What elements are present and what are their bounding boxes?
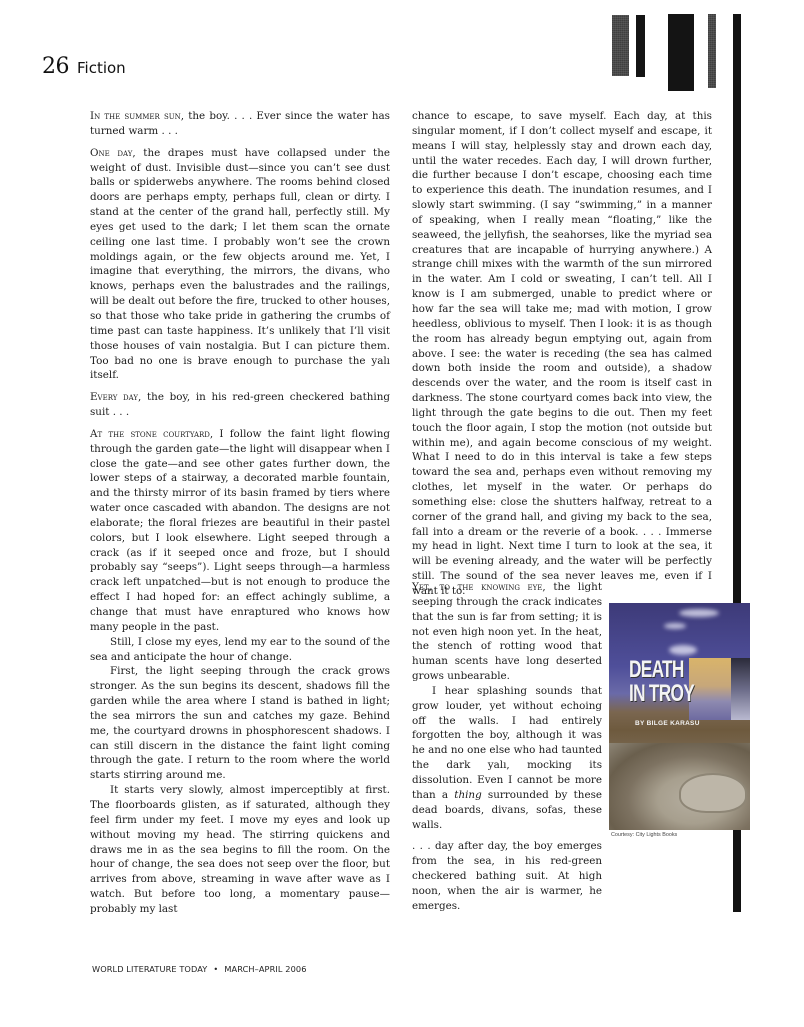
issue-date: MARCH–APRIL 2006 — [224, 964, 306, 974]
magazine-page: 26 Fiction In the summer sun, the boy. .… — [0, 0, 804, 1027]
paragraph: chance to escape, to save myself. Each d… — [412, 109, 712, 599]
decorative-bar-black-1 — [636, 15, 645, 77]
palm-photo-inset — [731, 658, 750, 720]
image-caption: Courtesy: City Lights Books — [611, 832, 677, 838]
lead-in: At the stone courtyard, — [90, 428, 213, 440]
cloud — [669, 645, 697, 655]
mosque-photo-inset — [689, 658, 731, 720]
page-number: 26 — [42, 54, 69, 79]
section-title: Fiction — [77, 59, 126, 77]
lead-in: Every day, — [90, 391, 141, 403]
paragraph: First, the light seeping through the cra… — [90, 664, 390, 783]
book-title: Death in Troy — [629, 658, 674, 706]
article-column-right-narrow: Yet, to the knowing eye, the light seepi… — [412, 580, 602, 914]
paragraph: In the summer sun, the boy. . . . Ever s… — [90, 109, 390, 139]
book-byline: BY BILGE KARASU — [635, 720, 700, 727]
paragraph: Still, I close my eyes, lend my ear to t… — [90, 635, 390, 665]
separator-bullet: • — [213, 964, 218, 974]
lead-in: In the summer sun, — [90, 110, 184, 122]
page-header: 26 Fiction — [42, 54, 126, 79]
paragraph: At the stone courtyard, I follow the fai… — [90, 427, 390, 635]
publication-name: WORLD LITERATURE TODAY — [92, 964, 207, 974]
article-column-left: In the summer sun, the boy. . . . Ever s… — [90, 109, 390, 917]
lead-in: One day, — [90, 147, 136, 159]
paragraph: It starts very slowly, almost impercepti… — [90, 783, 390, 917]
article-column-right: chance to escape, to save myself. Each d… — [412, 109, 712, 599]
book-cover-image: Death in Troy BY BILGE KARASU — [609, 603, 750, 830]
paragraph: Every day, the boy, in his red-green che… — [90, 390, 390, 420]
cloud — [679, 609, 719, 617]
paragraph: Yet, to the knowing eye, the light seepi… — [412, 580, 602, 684]
lead-in: Yet, to the knowing eye, — [412, 581, 546, 593]
paragraph: One day, the drapes must have collapsed … — [90, 146, 390, 384]
cloud — [664, 623, 686, 629]
paragraph: . . . day after day, the boy emerges fro… — [412, 839, 602, 913]
page-footer: WORLD LITERATURE TODAY•MARCH–APRIL 2006 — [92, 964, 307, 974]
decorative-bar-gray-1 — [612, 15, 629, 76]
decorative-bar-gray-2 — [708, 14, 716, 88]
paragraph: I hear splashing sounds that grow louder… — [412, 684, 602, 832]
decorative-bar-black-2 — [668, 14, 694, 91]
arena-floor — [679, 773, 747, 813]
